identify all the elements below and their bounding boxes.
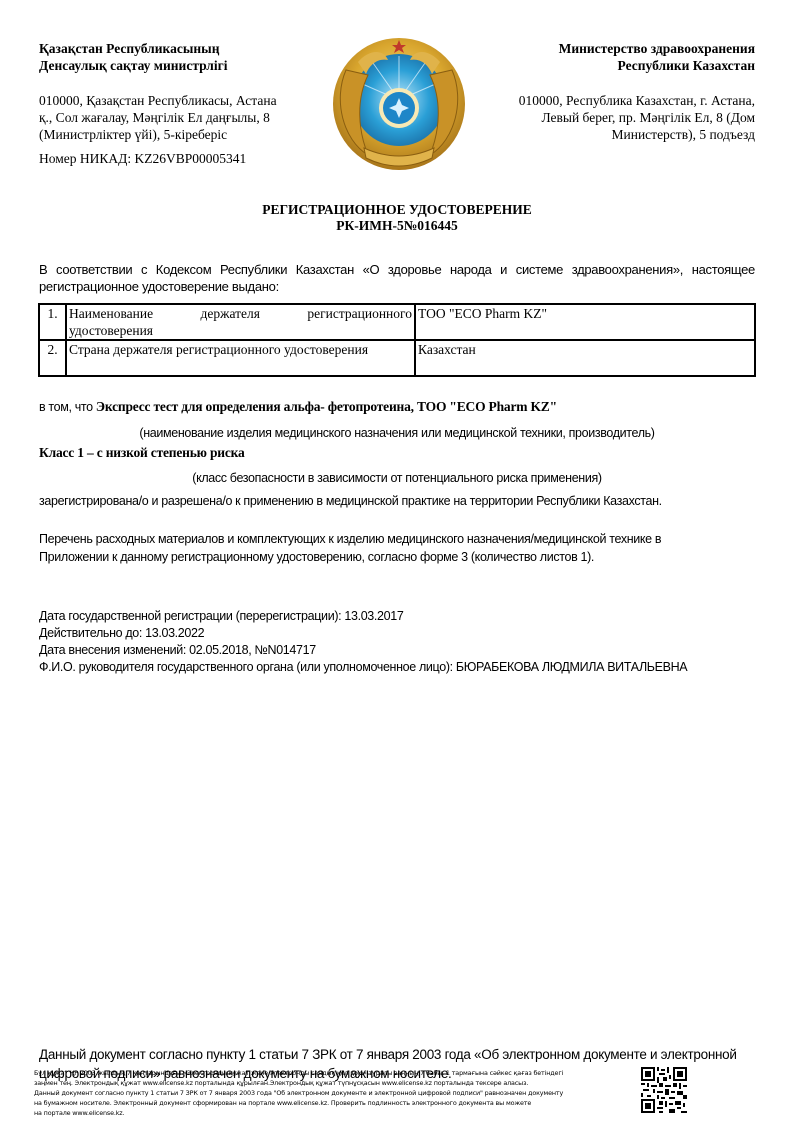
product-name: Экспресс тест для определения альфа- фет…: [96, 399, 557, 414]
qr-code-icon: [641, 1067, 687, 1113]
head-of-agency: Ф.И.О. руководителя государственного орг…: [39, 659, 739, 676]
dates-block: Дата государственной регистрации (перере…: [39, 608, 739, 676]
footer-small-line: заңмен тең. Электрондық құжат www.elicen…: [34, 1078, 638, 1088]
changes-date: Дата внесения изменений: 02.05.2018, №N0…: [39, 642, 739, 659]
safety-class-caption: (класс безопасности в зависимости от пот…: [0, 470, 794, 487]
address-kz: 010000, Қазақстан Республикасы, Астана қ…: [39, 92, 324, 143]
table-row: 1. Наименование держателя регистрационно…: [39, 304, 755, 340]
holder-table: 1. Наименование держателя регистрационно…: [38, 303, 756, 377]
footer-small-line: Бұл құжат ҚР 2003 жылдың 7 қаңтарындағы …: [34, 1068, 638, 1078]
product-caption: (наименование изделия медицинского назна…: [0, 425, 794, 442]
footer-small-print: Бұл құжат ҚР 2003 жылдың 7 қаңтарындағы …: [34, 1068, 638, 1118]
header-left-kz: Қазақстан Республикасының Денсаулық сақт…: [39, 40, 324, 167]
nikad-number: Номер НИКАД: KZ26VBP00005341: [39, 150, 324, 167]
address-ru: 010000, Республика Казахстан, г. Астана,…: [470, 92, 755, 143]
ministry-title-ru-line2: Республики Казахстан: [470, 57, 755, 74]
registration-date: Дата государственной регистрации (перере…: [39, 608, 739, 625]
footer-small-line: на портале www.elicense.kz.: [34, 1108, 638, 1118]
address-kz-line1: 010000, Қазақстан Республикасы, Астана: [39, 92, 324, 109]
row-label-line2: удостоверения: [69, 323, 153, 338]
row-label: Наименование держателя регистрационного …: [66, 304, 415, 340]
document-title: РЕГИСТРАЦИОННОЕ УДОСТОВЕРЕНИЕ РК-ИМН-5№0…: [0, 202, 794, 234]
row-number: 2.: [39, 340, 66, 376]
registration-text: зарегистрирована/о и разрешена/о к приме…: [39, 492, 719, 510]
address-ru-line2: Левый берег, пр. Мәңгілік Ел, 8 (Дом: [470, 109, 755, 126]
ministry-title-ru: Министерство здравоохранения Республики …: [470, 40, 755, 74]
address-ru-line1: 010000, Республика Казахстан, г. Астана,: [470, 92, 755, 109]
row-label: Страна держателя регистрационного удосто…: [66, 340, 415, 376]
address-kz-line3: (Министрліктер үйі), 5-кіреберіс: [39, 126, 324, 143]
address-ru-line3: Министерств), 5 подъезд: [470, 126, 755, 143]
header-right-ru: Министерство здравоохранения Республики …: [470, 40, 755, 143]
ministry-title-ru-line1: Министерство здравоохранения: [470, 40, 755, 57]
certificate-number: РК-ИМН-5№016445: [0, 218, 794, 234]
intro-paragraph: В соответствии с Кодексом Республики Каз…: [39, 261, 755, 295]
valid-until-date: Действительно до: 13.03.2022: [39, 625, 739, 642]
state-emblem-icon: [328, 30, 470, 178]
ministry-title-kz-line1: Қазақстан Республикасының: [39, 40, 324, 57]
appendix-text: Перечень расходных материалов и комплект…: [39, 530, 729, 566]
product-prefix: в том, что: [39, 400, 96, 414]
certificate-title: РЕГИСТРАЦИОННОЕ УДОСТОВЕРЕНИЕ: [0, 202, 794, 218]
address-kz-line2: қ., Сол жағалау, Мәңгілік Ел даңғылы, 8: [39, 109, 324, 126]
footer-small-line: Данный документ согласно пункту 1 статьи…: [34, 1088, 638, 1098]
footer-small-line: на бумажном носителе. Электронный докуме…: [34, 1098, 638, 1108]
safety-class: Класс 1 – с низкой степенью риска: [39, 444, 245, 461]
row-value: Казахстан: [415, 340, 755, 376]
row-label-line1: Наименование держателя регистрационного: [69, 305, 412, 322]
row-value: ТОО "ECO Pharm KZ": [415, 304, 755, 340]
product-line: в том, что Экспресс тест для определения…: [39, 398, 755, 416]
row-number: 1.: [39, 304, 66, 340]
table-row: 2. Страна держателя регистрационного удо…: [39, 340, 755, 376]
ministry-title-kz: Қазақстан Республикасының Денсаулық сақт…: [39, 40, 324, 74]
ministry-title-kz-line2: Денсаулық сақтау министрлігі: [39, 57, 324, 74]
